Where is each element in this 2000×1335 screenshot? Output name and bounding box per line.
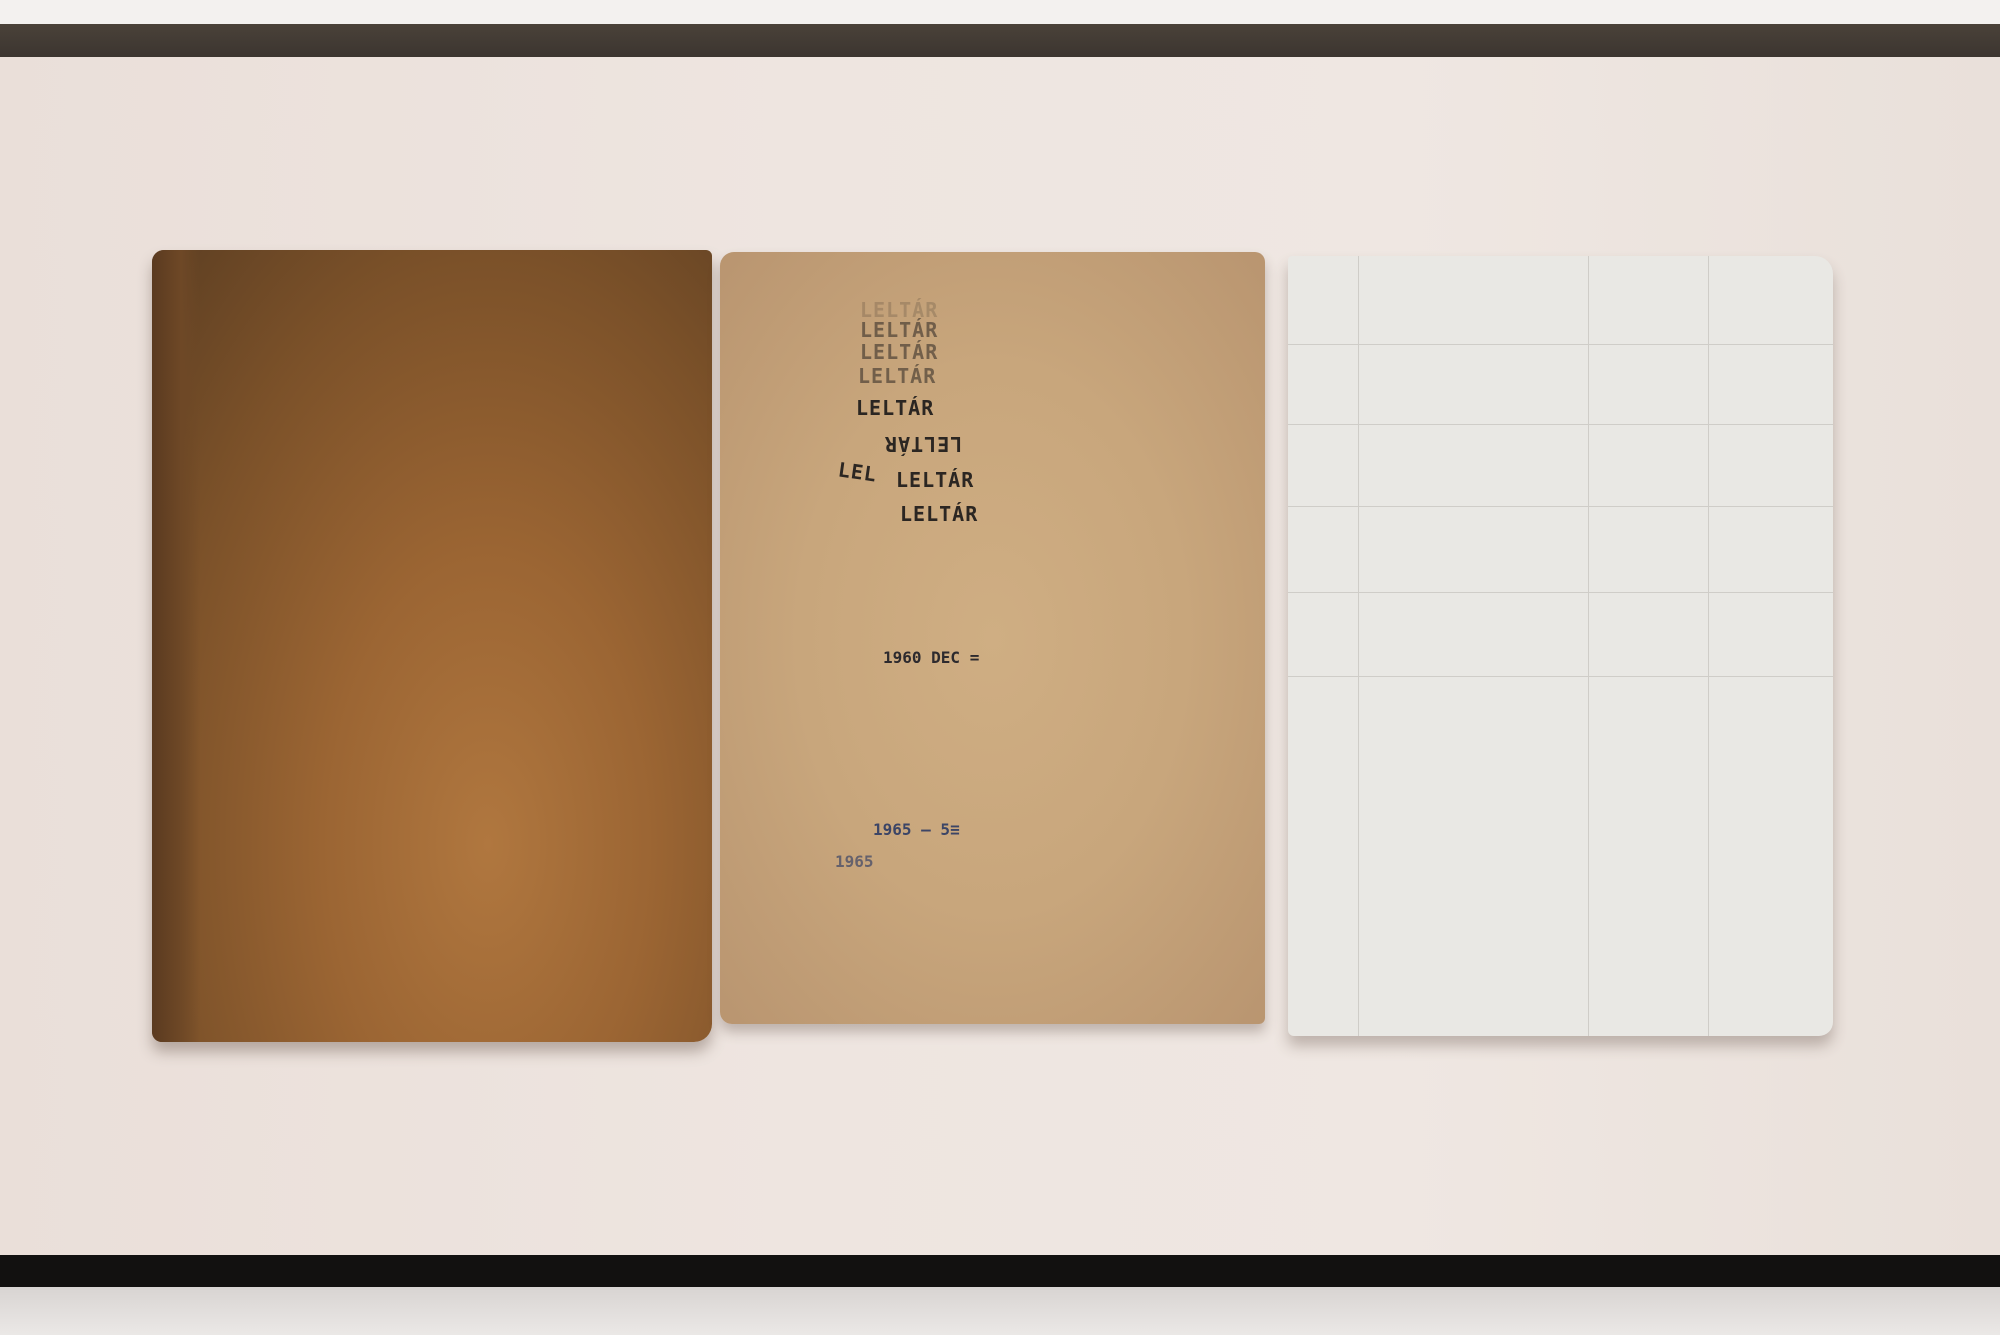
- date-stamp: 1965 — 5≡: [873, 820, 960, 839]
- grid-line: [1588, 256, 1589, 1036]
- grid-line: [1288, 424, 1833, 425]
- stamp: LELTÁR: [900, 502, 978, 526]
- stamp: LELTÁR: [896, 468, 974, 492]
- grid-line: [1288, 676, 1833, 677]
- wall-bottom: [0, 1287, 2000, 1335]
- leather-book-cover: [152, 250, 712, 1042]
- frame-strip-top: [0, 24, 2000, 57]
- stamp: LELTÁR: [858, 364, 936, 388]
- grid-line: [1358, 256, 1359, 1036]
- stamp: LELTÁR: [860, 318, 938, 342]
- stamped-paper: LELTÁR LELTÁR LELTÁR LELTÁR LELTÁR LELTÁ…: [720, 252, 1265, 1024]
- stamp: LELTÁR: [860, 340, 938, 364]
- grid-line: [1288, 344, 1833, 345]
- grid-line: [1288, 506, 1833, 507]
- ceramic-grid-tile: [1288, 256, 1833, 1036]
- stamp-upside-down: LELTÁR: [884, 432, 962, 456]
- grid-line: [1288, 592, 1833, 593]
- stamp: LELTÁR: [856, 396, 934, 420]
- grid-line: [1708, 256, 1709, 1036]
- book-spine: [152, 250, 200, 1042]
- frame-strip-bottom: [0, 1255, 2000, 1287]
- date-stamp: 1965: [835, 852, 874, 871]
- date-stamp: 1960 DEC =: [883, 648, 979, 667]
- stamp-partial: LEL: [837, 457, 879, 486]
- wall-top: [0, 0, 2000, 24]
